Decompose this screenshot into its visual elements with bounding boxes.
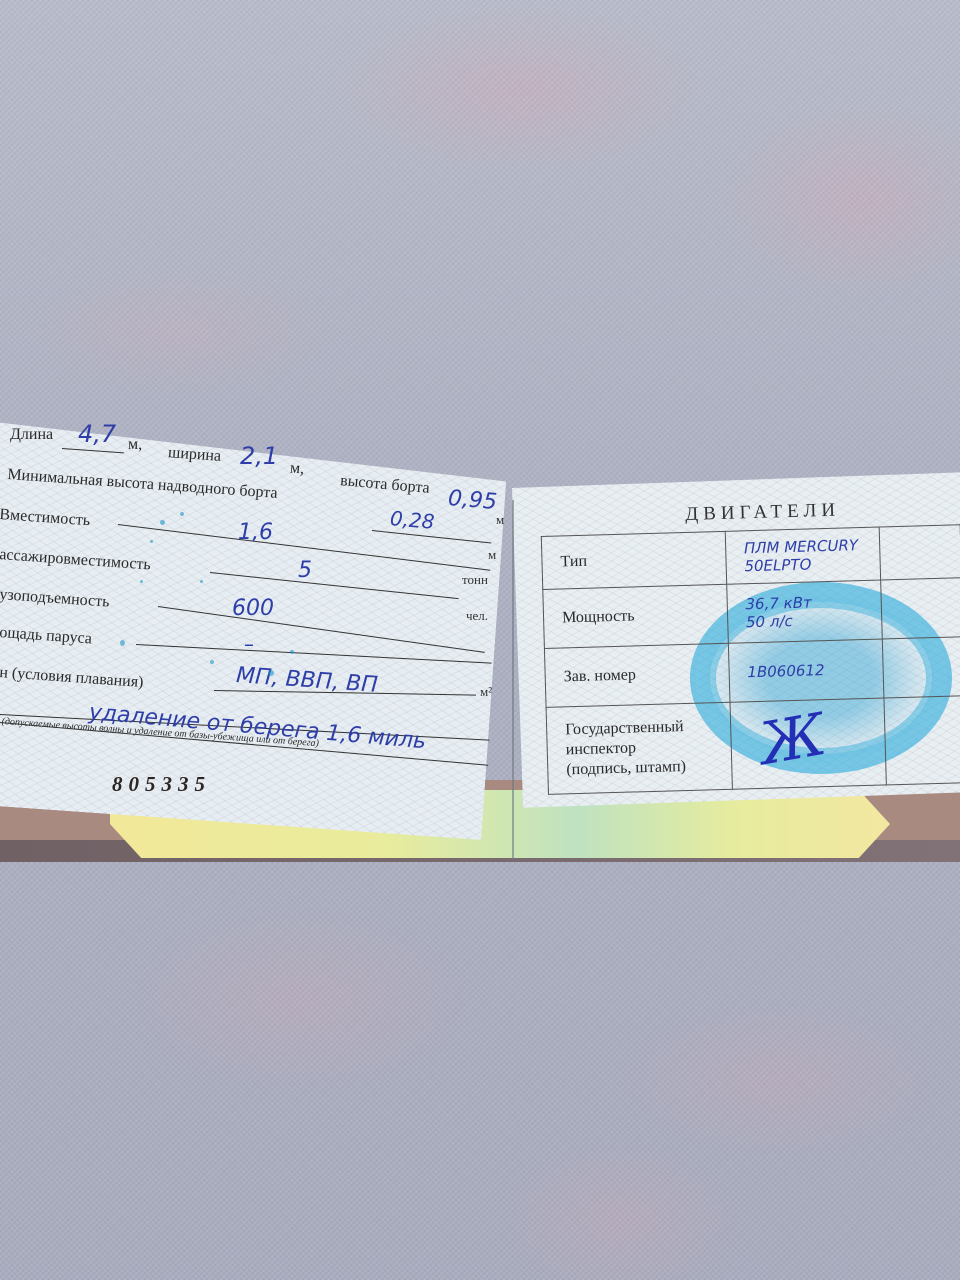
engines-section: ДВИГАТЕЛИ Тип ПЛМ MERCURY 50ELPTO Мощнос… <box>540 496 960 795</box>
engine-power-value: 36,7 кВт 50 л/с <box>726 580 882 643</box>
book-spine <box>512 500 514 860</box>
engine-serial-label: Зав. номер <box>544 643 729 707</box>
capacity-unit: тонн <box>462 572 488 588</box>
length-unit: м, <box>128 436 142 454</box>
engine-row-inspector: Государственный инспектор (подпись, штам… <box>546 696 960 795</box>
freeboard-unit: м <box>488 547 496 563</box>
length-value: 4,7 <box>78 420 116 448</box>
payload-value: 600 <box>232 596 274 621</box>
height-value: 0,95 <box>447 486 498 515</box>
freeboard-value: 0,28 <box>389 506 435 534</box>
inspector-signature: Ж <box>755 700 831 778</box>
width-label: ширина <box>167 444 221 466</box>
engine-type-label: Тип <box>541 531 726 589</box>
engines-table: Тип ПЛМ MERCURY 50ELPTO Мощность 36,7 кВ… <box>541 524 960 795</box>
engine-serial-value: 1B060612 <box>728 639 884 702</box>
length-label: Длина <box>10 426 53 444</box>
passengers-value: 5 <box>298 558 312 583</box>
inspector-label: Государственный инспектор (подпись, штам… <box>546 702 732 794</box>
height-unit: м <box>496 512 504 528</box>
sail-area-unit: м² <box>480 684 492 700</box>
sail-area-value: – <box>244 632 254 656</box>
serial-number: 805335 <box>112 772 211 797</box>
engine-power-label: Мощность <box>543 584 728 648</box>
passengers-unit: чел. <box>466 608 488 624</box>
capacity-value: 1,6 <box>238 520 273 545</box>
width-unit: м, <box>289 460 304 479</box>
width-value: 2,1 <box>240 442 278 470</box>
engine-type-value: ПЛМ MERCURY 50ELPTO <box>725 527 881 584</box>
